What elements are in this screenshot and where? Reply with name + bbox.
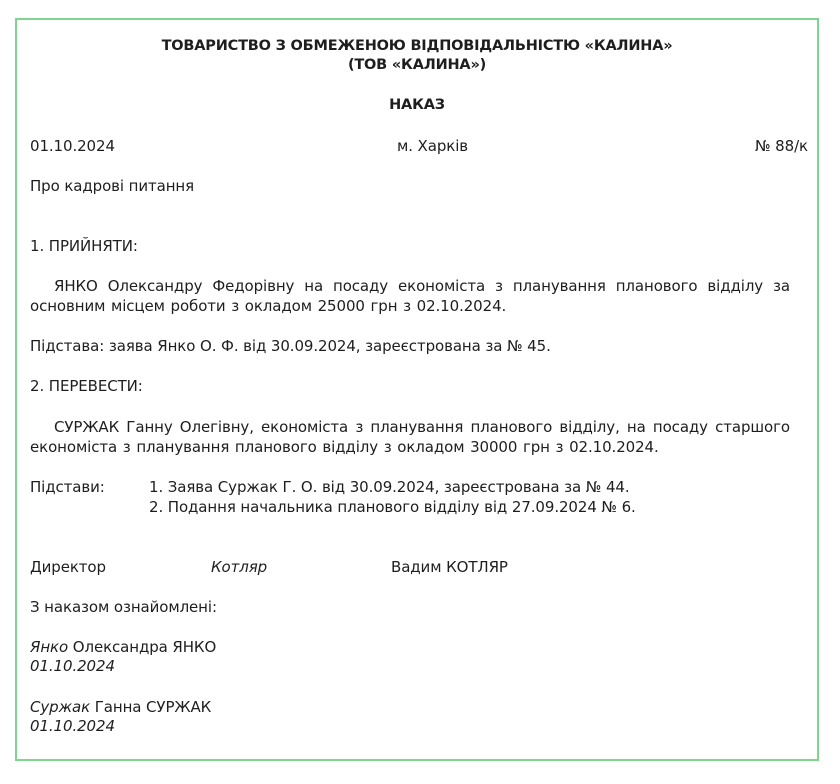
acknowledged-person-2-date: 01.10.2024 [30, 716, 115, 736]
section-2-heading: 2. ПЕРЕВЕСТИ: [30, 376, 143, 396]
section-2-body: СУРЖАК Ганну Олегівну, економіста з план… [30, 417, 790, 457]
acknowledged-person-2-name: Ганна СУРЖАК [95, 698, 211, 716]
acknowledged-person-2-signature: Суржак [30, 698, 90, 716]
section-2-basis-item-2: 2. Подання начальника планового відділу … [149, 497, 636, 517]
acknowledged-person-1-name: Олександра ЯНКО [73, 638, 216, 656]
acknowledged-person-1-date: 01.10.2024 [30, 656, 115, 676]
company-short-name: (ТОВ «КАЛИНА») [15, 55, 819, 75]
section-1-basis-label: Підстава: [30, 337, 104, 355]
order-subject: Про кадрові питання [30, 176, 194, 196]
section-2-basis-item-1: 1. Заява Суржак Г. О. від 30.09.2024, за… [149, 477, 630, 497]
section-2-basis-label: Підстави: [30, 477, 105, 497]
signatory-name: Вадим КОТЛЯР [391, 557, 508, 577]
acknowledged-person-1-signature: Янко [30, 638, 68, 656]
signatory-signature: Котляр [211, 557, 267, 577]
section-2-body-text: СУРЖАК Ганну Олегівну, економіста з план… [30, 418, 790, 456]
acknowledged-label: З наказом ознайомлені: [30, 597, 217, 617]
company-full-name: ТОВАРИСТВО З ОБМЕЖЕНОЮ ВІДПОВІДАЛЬНІСТЮ … [15, 36, 819, 56]
section-1-body: ЯНКО Олександру Федорівну на посаду екон… [30, 276, 790, 316]
acknowledged-person-2: Суржак Ганна СУРЖАК [30, 697, 211, 717]
order-date: 01.10.2024 [30, 136, 115, 156]
section-1-body-text: ЯНКО Олександру Федорівну на посаду екон… [30, 277, 790, 315]
document-type-title: НАКАЗ [15, 95, 819, 115]
section-1-basis: Підстава: заява Янко О. Ф. від 30.09.202… [30, 336, 551, 356]
section-1-basis-text: заява Янко О. Ф. від 30.09.2024, зареєст… [109, 337, 551, 355]
acknowledged-person-1: Янко Олександра ЯНКО [30, 637, 216, 657]
section-1-heading: 1. ПРИЙНЯТИ: [30, 236, 138, 256]
signatory-position: Директор [30, 557, 106, 577]
order-city: м. Харків [397, 136, 468, 156]
order-number: № 88/к [755, 136, 808, 156]
